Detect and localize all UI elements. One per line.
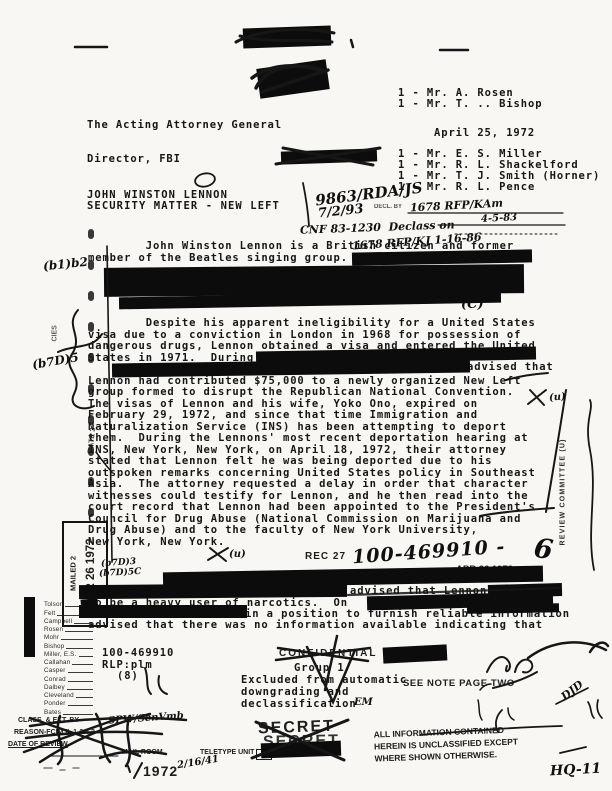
handwritten-u-mark-left: (u) (229, 549, 246, 560)
routing-underline (65, 631, 93, 632)
scribble-right-signature (588, 400, 594, 570)
body-line: stated that Lennon felt he was being dep… (88, 456, 536, 468)
group-stamp-line2: Excluded from automatic (241, 674, 407, 686)
copy-count: (8) (117, 670, 139, 682)
body-fragment-advised-that: advised that (467, 361, 554, 373)
handwritten-class-by: SPW/SenVmb (108, 710, 184, 726)
routing-row: Bates (44, 707, 93, 715)
handwritten-b1b2: (b1)b2 (42, 255, 88, 274)
group-stamp-line3: downgrading and (241, 686, 349, 698)
carbon-copy-line: 1 - Mr. R. L. Pence (398, 182, 600, 193)
subject-line-2: SECURITY MATTER - NEW LEFT (87, 200, 280, 212)
scribble-swoosh (528, 642, 608, 658)
scribble-small-marks (478, 684, 514, 720)
routing-name: Bishop (44, 643, 64, 650)
scribble-top-stamp-2 (252, 66, 328, 92)
routing-name: Conrad (44, 676, 66, 683)
body-line: John Winston Lennon is a British citizen… (88, 241, 514, 253)
routing-name: Rosen (44, 626, 63, 633)
routing-name: Cleveland (44, 692, 74, 699)
routing-name: Dalbey (44, 684, 65, 691)
routing-underline (79, 656, 94, 657)
decl-by-stamp: DECL. BY (374, 204, 402, 210)
received-date-stamp: APR 26 1972 (456, 564, 513, 575)
routing-underline (67, 689, 93, 690)
year-stamp: 1972 (143, 763, 178, 779)
body-fragment-advised-lennon: advised that Lennon (350, 585, 487, 597)
routing-name: Bates (44, 709, 61, 716)
routing-row: Dalbey (44, 683, 93, 691)
body-line: them. During the Lennons' most recent de… (88, 433, 536, 445)
routing-name: Tolson (44, 601, 63, 608)
faint-stamp-fragments (44, 768, 79, 770)
routing-underline (72, 664, 93, 665)
routing-name: Miller, E.S. (44, 651, 77, 658)
mailed-stamp-date: APR 26 1972 (85, 533, 97, 613)
body-line: member of the Beatles singing group. (88, 253, 514, 265)
redaction-bar (24, 597, 35, 657)
routing-underline (63, 714, 93, 715)
group-stamp-line1: Group 1 (294, 662, 345, 674)
routing-row: Casper (44, 666, 93, 674)
routing-underline (68, 705, 93, 706)
redaction-bar (119, 291, 501, 310)
carbon-copy-line: 1 - Mr. T. .. Bishop (398, 99, 542, 110)
mail-room-stamp: MAIL ROOM (122, 749, 163, 756)
routing-name: Casper (44, 667, 66, 674)
body-line: dangerous drugs, Lennon obtained a visa … (88, 341, 536, 353)
teletype-checkbox (256, 749, 272, 760)
handwritten-b7d5: (b7D)5 (31, 350, 80, 372)
routing-name: Ponder (44, 700, 66, 707)
body-line: group formed to disrupt the Republican N… (88, 387, 536, 399)
scribble-director-cross (276, 148, 380, 165)
routing-row: Bishop (44, 641, 93, 649)
routing-row: Cleveland (44, 691, 93, 699)
pen-slash-1972 (128, 763, 142, 778)
routing-row: Callahan (44, 658, 93, 666)
routing-row: Ponder (44, 699, 93, 707)
date-of-review-stamp: DATE OF REVIEW (8, 741, 68, 748)
letter-date: April 25, 1972 (434, 127, 535, 139)
confidential-stamp: CONFIDENTIAL (279, 648, 377, 659)
carbon-copy-list-top: 1 - Mr. A. Rosen1 - Mr. T. .. Bishop (398, 88, 542, 110)
mailed-stamp-box: MAILED 2 APR 26 1972 (62, 521, 108, 627)
handwritten-c-mark: (C) (461, 297, 484, 312)
handwritten-djd: DJD (559, 678, 586, 703)
scribble-top-stamp-1 (236, 30, 334, 42)
review-committee-vertical-stamp: REVIEW COMMITTEE (U) (560, 376, 567, 546)
left-margin-vertical-text: CIES (52, 312, 59, 342)
see-note-stamp: SEE NOTE PAGE TWO (403, 678, 515, 689)
routing-row: Mohr (44, 633, 93, 641)
redaction-bar (488, 583, 562, 598)
redaction-bar (383, 644, 448, 663)
handwritten-decl-date: 4-5-83 (481, 212, 518, 225)
handwritten-review-date: 2/16/41 (176, 754, 219, 771)
redaction-bar (104, 264, 524, 297)
mailed-stamp-label: MAILED 2 (69, 544, 78, 604)
sender: Director, FBI (87, 153, 181, 165)
reason-fcim-stamp: REASON-FCIM II, 1-2.4.2 (14, 729, 95, 736)
routing-name: Felt (44, 610, 55, 617)
handwritten-declass-date: 7/2/93 (317, 202, 364, 222)
x-mark-left (208, 548, 228, 561)
routing-name: Mohr (44, 634, 59, 641)
handwritten-em: EM (354, 697, 373, 708)
class-ext-stamp: CLASS. & EXT. BY (18, 717, 79, 724)
routing-row: Conrad (44, 674, 93, 682)
pen-dashes-top (75, 40, 468, 50)
document-page: 1 - Mr. A. Rosen1 - Mr. T. .. Bishop The… (0, 0, 612, 791)
handwritten-serial-six: 6 (532, 533, 555, 566)
routing-underline (61, 639, 93, 640)
addressee: The Acting Attorney General (87, 119, 282, 131)
handwritten-decl-by: 1678 RFP/KAm (410, 197, 504, 215)
routing-underline (76, 697, 93, 698)
scribble-tm-mark (145, 668, 167, 694)
body-line: Despite his apparent ineligibility for a… (88, 318, 536, 330)
rec-stamp: REC 27 (305, 551, 346, 562)
redaction-bar (281, 148, 377, 164)
group-stamp-line4: declassification (241, 698, 357, 710)
routing-name: Callahan (44, 659, 70, 666)
body-line: court record that Lennon had been appoin… (88, 502, 536, 514)
body-line: Drug Abuse) and to the faculty of New Yo… (88, 525, 536, 537)
redaction-bar (243, 25, 332, 48)
body-line: February 29, 1972, and since that time I… (88, 410, 536, 422)
all-info-unclassified-stamp: ALL INFORMATION CONTAINED HEREIN IS UNCL… (373, 723, 518, 764)
handwritten-hq-11: HQ-11 (550, 761, 602, 780)
carbon-copy-list-right: 1 - Mr. E. S. Miller1 - Mr. R. L. Shacke… (398, 149, 600, 193)
body-line: Asia. The attorney requested a delay in … (88, 479, 536, 491)
redaction-bar (256, 59, 329, 98)
secret-stamp-2: SECRET (263, 732, 340, 751)
handwritten-slash-subject (303, 183, 309, 226)
body-paragraph-1: John Winston Lennon is a British citizen… (88, 241, 514, 264)
routing-underline (68, 681, 93, 682)
file-number: 100-469910 (102, 647, 174, 659)
body-paragraph-2: Despite his apparent ineligibility for a… (88, 318, 536, 548)
routing-underline (68, 672, 94, 673)
body-line-no-information: advised that there was no information av… (88, 619, 543, 631)
handwritten-oval (194, 172, 216, 189)
routing-underline (66, 648, 93, 649)
routing-row: Miller, E.S. (44, 650, 93, 658)
